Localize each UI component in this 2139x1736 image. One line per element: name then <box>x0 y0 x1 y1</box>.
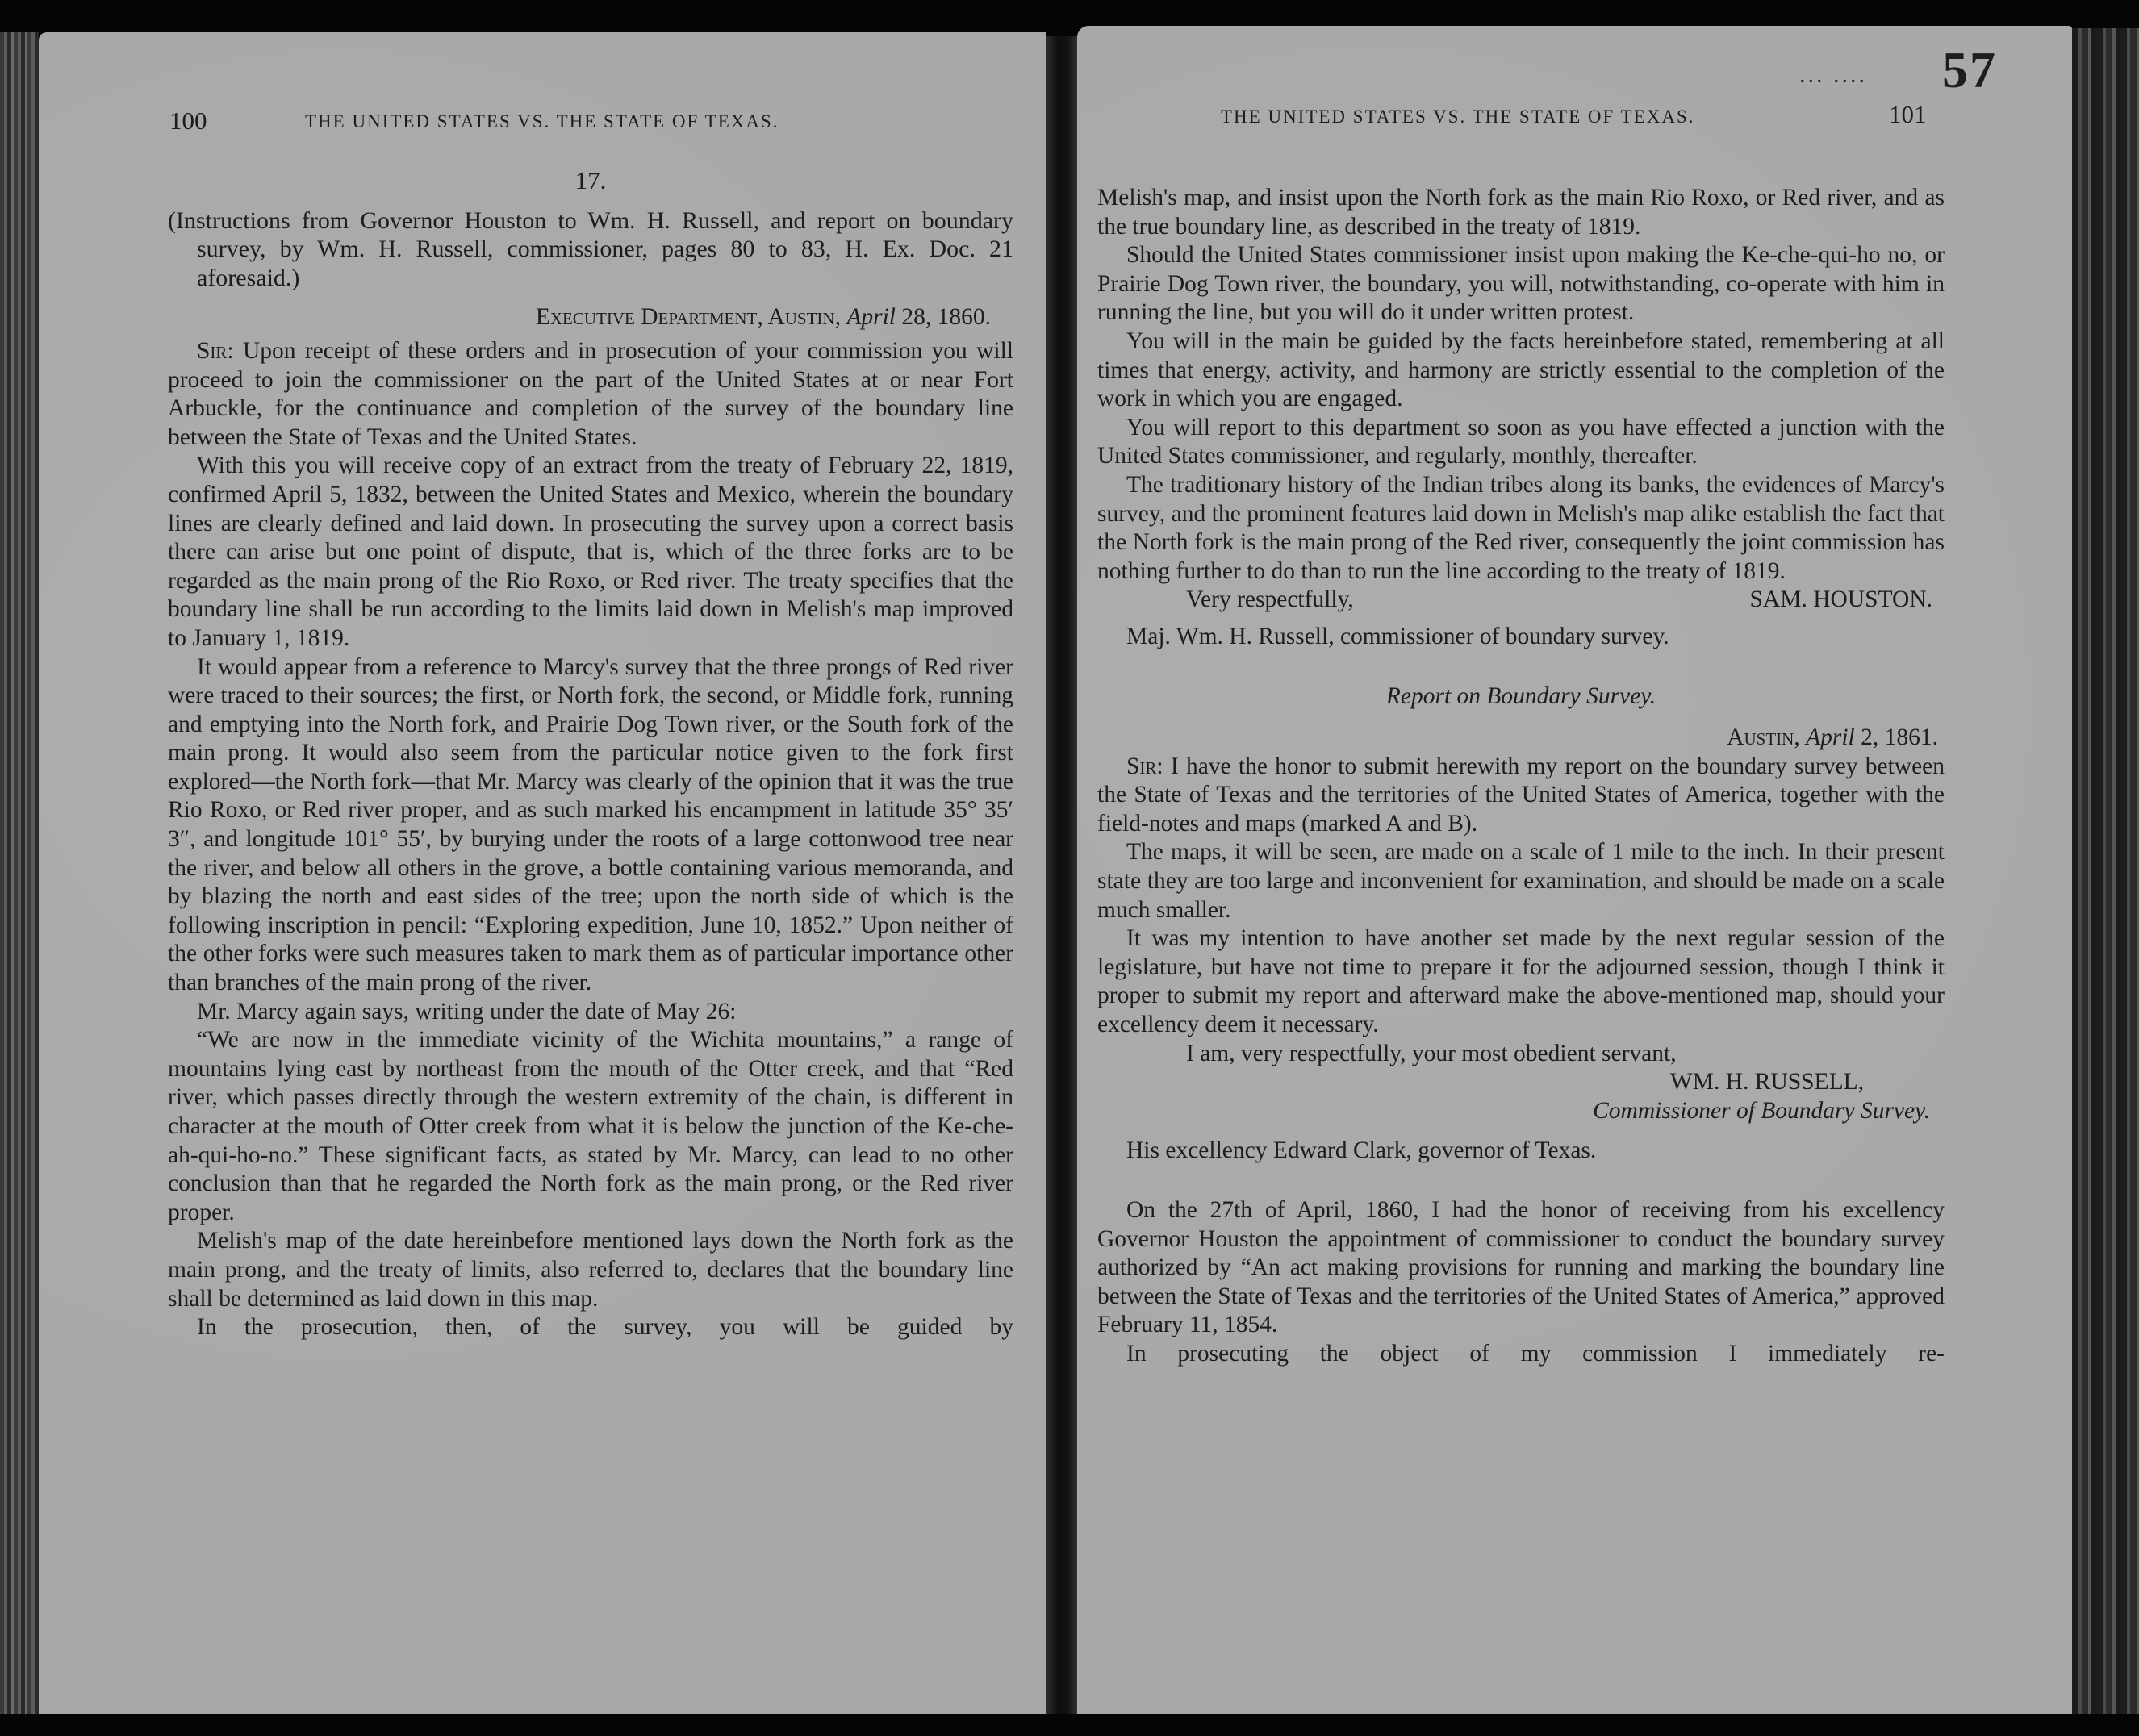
page-stack-right-edge <box>2072 28 2139 1714</box>
dateline-month: April <box>846 304 896 330</box>
closing: Very respectfully, <box>1186 586 1354 615</box>
page-number-left: 100 <box>169 106 207 136</box>
paragraph: It was my intention to have another set … <box>1097 924 1945 1039</box>
paragraph: The maps, it will be seen, are made on a… <box>1097 838 1945 924</box>
report-signature-title: Commissioner of Boundary Survey. <box>1097 1097 1945 1126</box>
paragraph: It would appear from a reference to Marc… <box>168 653 1013 998</box>
right-text-column: Melish's map, and insist upon the North … <box>1097 184 1945 1369</box>
report-addressee: His excellency Edward Clark, governor of… <box>1097 1137 1945 1166</box>
right-page: ... .... 57 THE UNITED STATES VS. THE ST… <box>1077 26 2072 1714</box>
paragraph-text: I have the honor to submit herewith my r… <box>1097 753 1945 837</box>
paragraph: On the 27th of April, 1860, I had the ho… <box>1097 1196 1945 1340</box>
archive-dots: ... .... <box>1799 61 1867 89</box>
report-signature: WM. H. RUSSELL, <box>1097 1068 1945 1097</box>
running-head-left: THE UNITED STATES VS. THE STATE OF TEXAS… <box>305 111 779 132</box>
report-salutation: Sir: <box>1126 753 1163 779</box>
paragraph: Should the United States commissioner in… <box>1097 241 1945 328</box>
paragraph: Sir: I have the honor to submit herewith… <box>1097 753 1945 839</box>
paragraph-text: Upon receipt of these orders and in pros… <box>168 338 1013 450</box>
paragraph: In prosecuting the object of my commissi… <box>1097 1340 1945 1369</box>
addressee: Maj. Wm. H. Russell, commissioner of bou… <box>1097 623 1945 652</box>
paragraph: Melish's map of the date hereinbefore me… <box>168 1227 1013 1313</box>
paragraph: “We are now in the immediate vicinity of… <box>168 1026 1013 1227</box>
salutation: Sir: <box>197 338 234 364</box>
book-gutter <box>1046 36 1077 1714</box>
closing-block: Very respectfully, SAM. HOUSTON. <box>1097 586 1945 615</box>
paragraph: You will in the main be guided by the fa… <box>1097 328 1945 414</box>
paragraph-continued: Melish's map, and insist upon the North … <box>1097 184 1945 241</box>
left-text-column: 17. (Instructions from Governor Houston … <box>168 160 1013 1342</box>
report-title: Report on Boundary Survey. <box>1097 682 1945 712</box>
report-dateline-place: Austin, <box>1727 724 1800 750</box>
paragraph: You will report to this department so so… <box>1097 414 1945 471</box>
dateline: Executive Department, Austin, April 28, … <box>168 303 1013 332</box>
signature: SAM. HOUSTON. <box>1750 586 1932 615</box>
paragraph: With this you will receive copy of an ex… <box>168 452 1013 653</box>
dateline-place: Executive Department, Austin, <box>536 304 841 330</box>
page-stack-left-edge <box>0 32 39 1714</box>
report-dateline-date: 2, 1861. <box>1861 724 1938 750</box>
paragraph: In the prosecution, then, of the survey,… <box>168 1313 1013 1342</box>
report-dateline-month: April <box>1806 724 1855 750</box>
report-dateline: Austin, April 2, 1861. <box>1097 724 1945 753</box>
paragraph: Mr. Marcy again says, writing under the … <box>168 998 1013 1027</box>
archive-page-number: 57 <box>1942 40 1997 100</box>
running-head-right: THE UNITED STATES VS. THE STATE OF TEXAS… <box>1221 106 1695 127</box>
page-number-right: 101 <box>1889 100 1927 129</box>
left-page: 100 THE UNITED STATES VS. THE STATE OF T… <box>39 32 1046 1714</box>
paragraph: The traditionary history of the Indian t… <box>1097 471 1945 586</box>
report-closing: I am, very respectfully, your most obedi… <box>1097 1040 1945 1069</box>
dateline-date: 28, 1860. <box>901 304 991 330</box>
paragraph: Sir: Upon receipt of these orders and in… <box>168 337 1013 452</box>
document-caption: (Instructions from Governor Houston to W… <box>168 207 1013 293</box>
section-number: 17. <box>168 166 1013 195</box>
